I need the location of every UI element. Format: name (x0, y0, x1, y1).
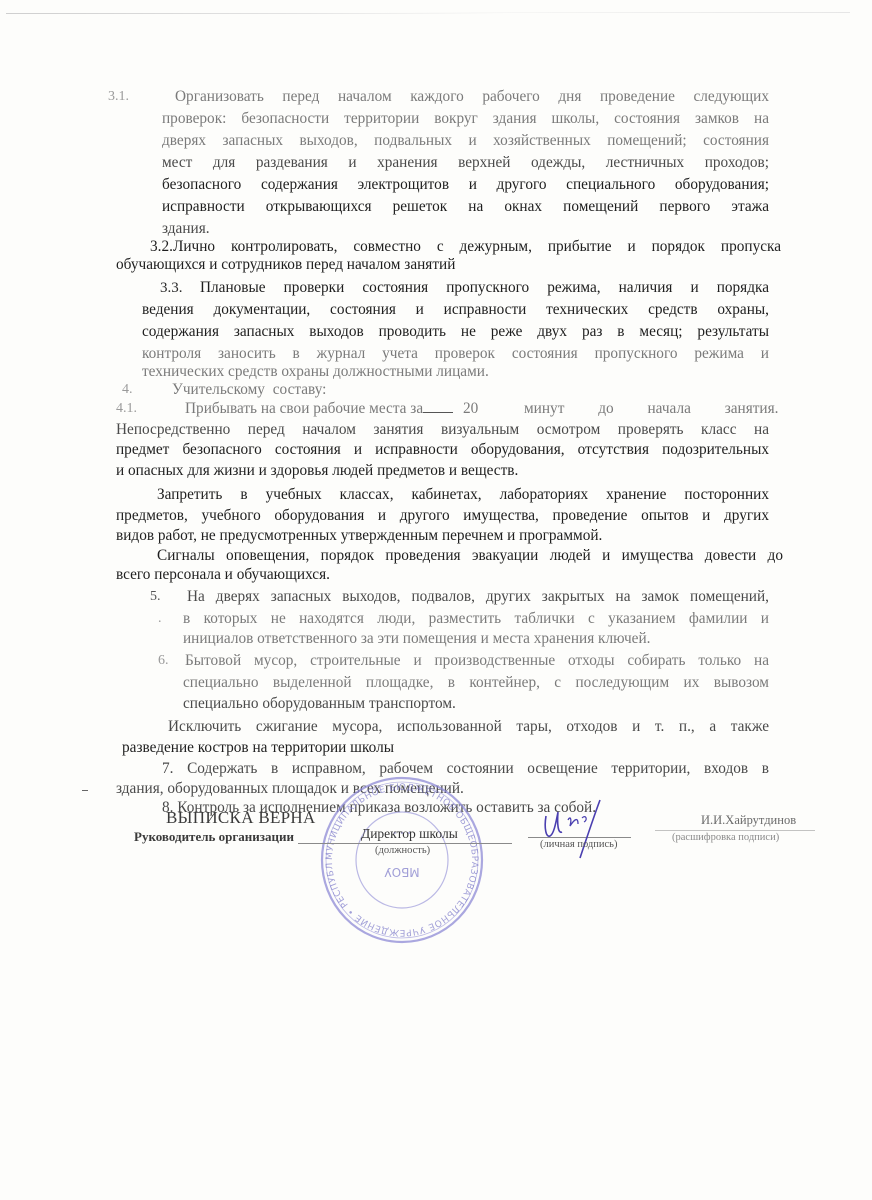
text-fragment: Прибывать на свои рабочие места за (185, 400, 423, 417)
scan-edge-line (6, 13, 506, 14)
paragraph-line: безопасного содержания электрощитов и др… (162, 176, 769, 194)
paragraph-line: всего персонала и обучающихся. (116, 566, 330, 584)
paragraph-line: в которых не находятся люди, разместить … (183, 610, 769, 628)
blank-underline (423, 400, 453, 413)
paragraph-line: Организовать перед началом каждого рабоч… (175, 88, 769, 106)
scan-mark (82, 790, 88, 791)
handwritten-signature-icon (540, 798, 610, 860)
scan-edge-line (380, 12, 850, 13)
section-heading: Учительскому составу: (172, 381, 326, 399)
role-label: Руководитель организации (134, 829, 294, 845)
paragraph-line: контроля заносить в журнал учета проверо… (142, 345, 769, 363)
item-number: 3.3. (160, 279, 183, 297)
paragraph-line: 3.2.Лично контролировать, совместно с де… (150, 238, 781, 256)
paragraph-line: специально выделенной площадке, в контей… (183, 674, 769, 692)
paragraph-line: ведения документации, состояния и исправ… (142, 301, 769, 319)
paragraph-line: Бытовой мусор, строительные и производст… (185, 652, 769, 670)
paragraph-line: Исключить сжигание мусора, использованно… (168, 718, 769, 736)
paragraph-line: Запретить в учебных классах, кабинетах, … (157, 486, 769, 504)
paragraph-line: инициалов ответственного за эти помещени… (183, 630, 650, 648)
paragraph-line: проверок: безопасности территории вокруг… (162, 110, 769, 128)
position-caption: (должность) (375, 845, 430, 856)
paragraph-line: Непосредственно перед началом занятия ви… (116, 421, 769, 439)
paragraph-line: мест для раздевания и хранения верхней о… (162, 154, 769, 172)
item-number: 4.1. (116, 400, 137, 418)
paragraph-line: видов работ, не предусмотренных утвержде… (116, 527, 602, 545)
paragraph-line: исправности открывающихся решеток на окн… (162, 198, 769, 216)
position-value: Директор школы (361, 826, 458, 842)
official-stamp-icon: МУНИЦИПАЛЬНОЕ БЮДЖЕТНОЕ ОБЩЕОБРАЗОВАТЕЛЬ… (318, 776, 486, 944)
paragraph-line: содержания запасных выходов проводить не… (142, 323, 769, 341)
position-underline (298, 843, 512, 844)
name-underline (655, 830, 815, 831)
paragraph-line: разведение костров на территории школы (122, 739, 394, 757)
name-caption: (расшифровка подписи) (672, 832, 779, 843)
paragraph-line: минут до начала занятия. (524, 400, 778, 418)
paragraph-line: Прибывать на свои рабочие места за 20 (185, 400, 478, 418)
paragraph-line: Плановые проверки состояния пропускного … (200, 279, 769, 297)
item-number: 4. (122, 381, 133, 399)
minutes-value: 20 (463, 400, 478, 417)
paragraph-line: специально оборудованным транспортом. (183, 695, 456, 713)
item-number: 3.1. (108, 88, 129, 106)
paragraph-line: На дверях запасных выходов, подвалов, др… (187, 588, 769, 606)
signer-name: И.И.Хайрутдинов (701, 813, 796, 828)
paragraph-line: и опасных для жизни и здоровья людей пре… (116, 462, 518, 480)
item-number: 5. (150, 588, 161, 606)
paragraph-line: обучающихся и сотрудников перед началом … (116, 256, 455, 274)
paragraph-line: предметов, учебного оборудования и друго… (116, 507, 769, 525)
margin-mark: . (158, 610, 162, 628)
signature-caption: (личная подпись) (540, 839, 617, 850)
svg-text:МБОУ: МБОУ (384, 865, 420, 879)
extract-verified-title: ВЫПИСКА ВЕРНА (166, 808, 316, 828)
paragraph-line: здания. (162, 220, 210, 238)
paragraph-line: технических средств охраны должностными … (142, 363, 489, 381)
paragraph-line: Сигналы оповещения, порядок проведения э… (157, 547, 783, 565)
paragraph-line: дверях запасных выходов, подвальных и хо… (162, 132, 769, 150)
item-number: 6. (158, 652, 169, 670)
paragraph-line: предмет безопасного состояния и исправно… (116, 441, 769, 459)
